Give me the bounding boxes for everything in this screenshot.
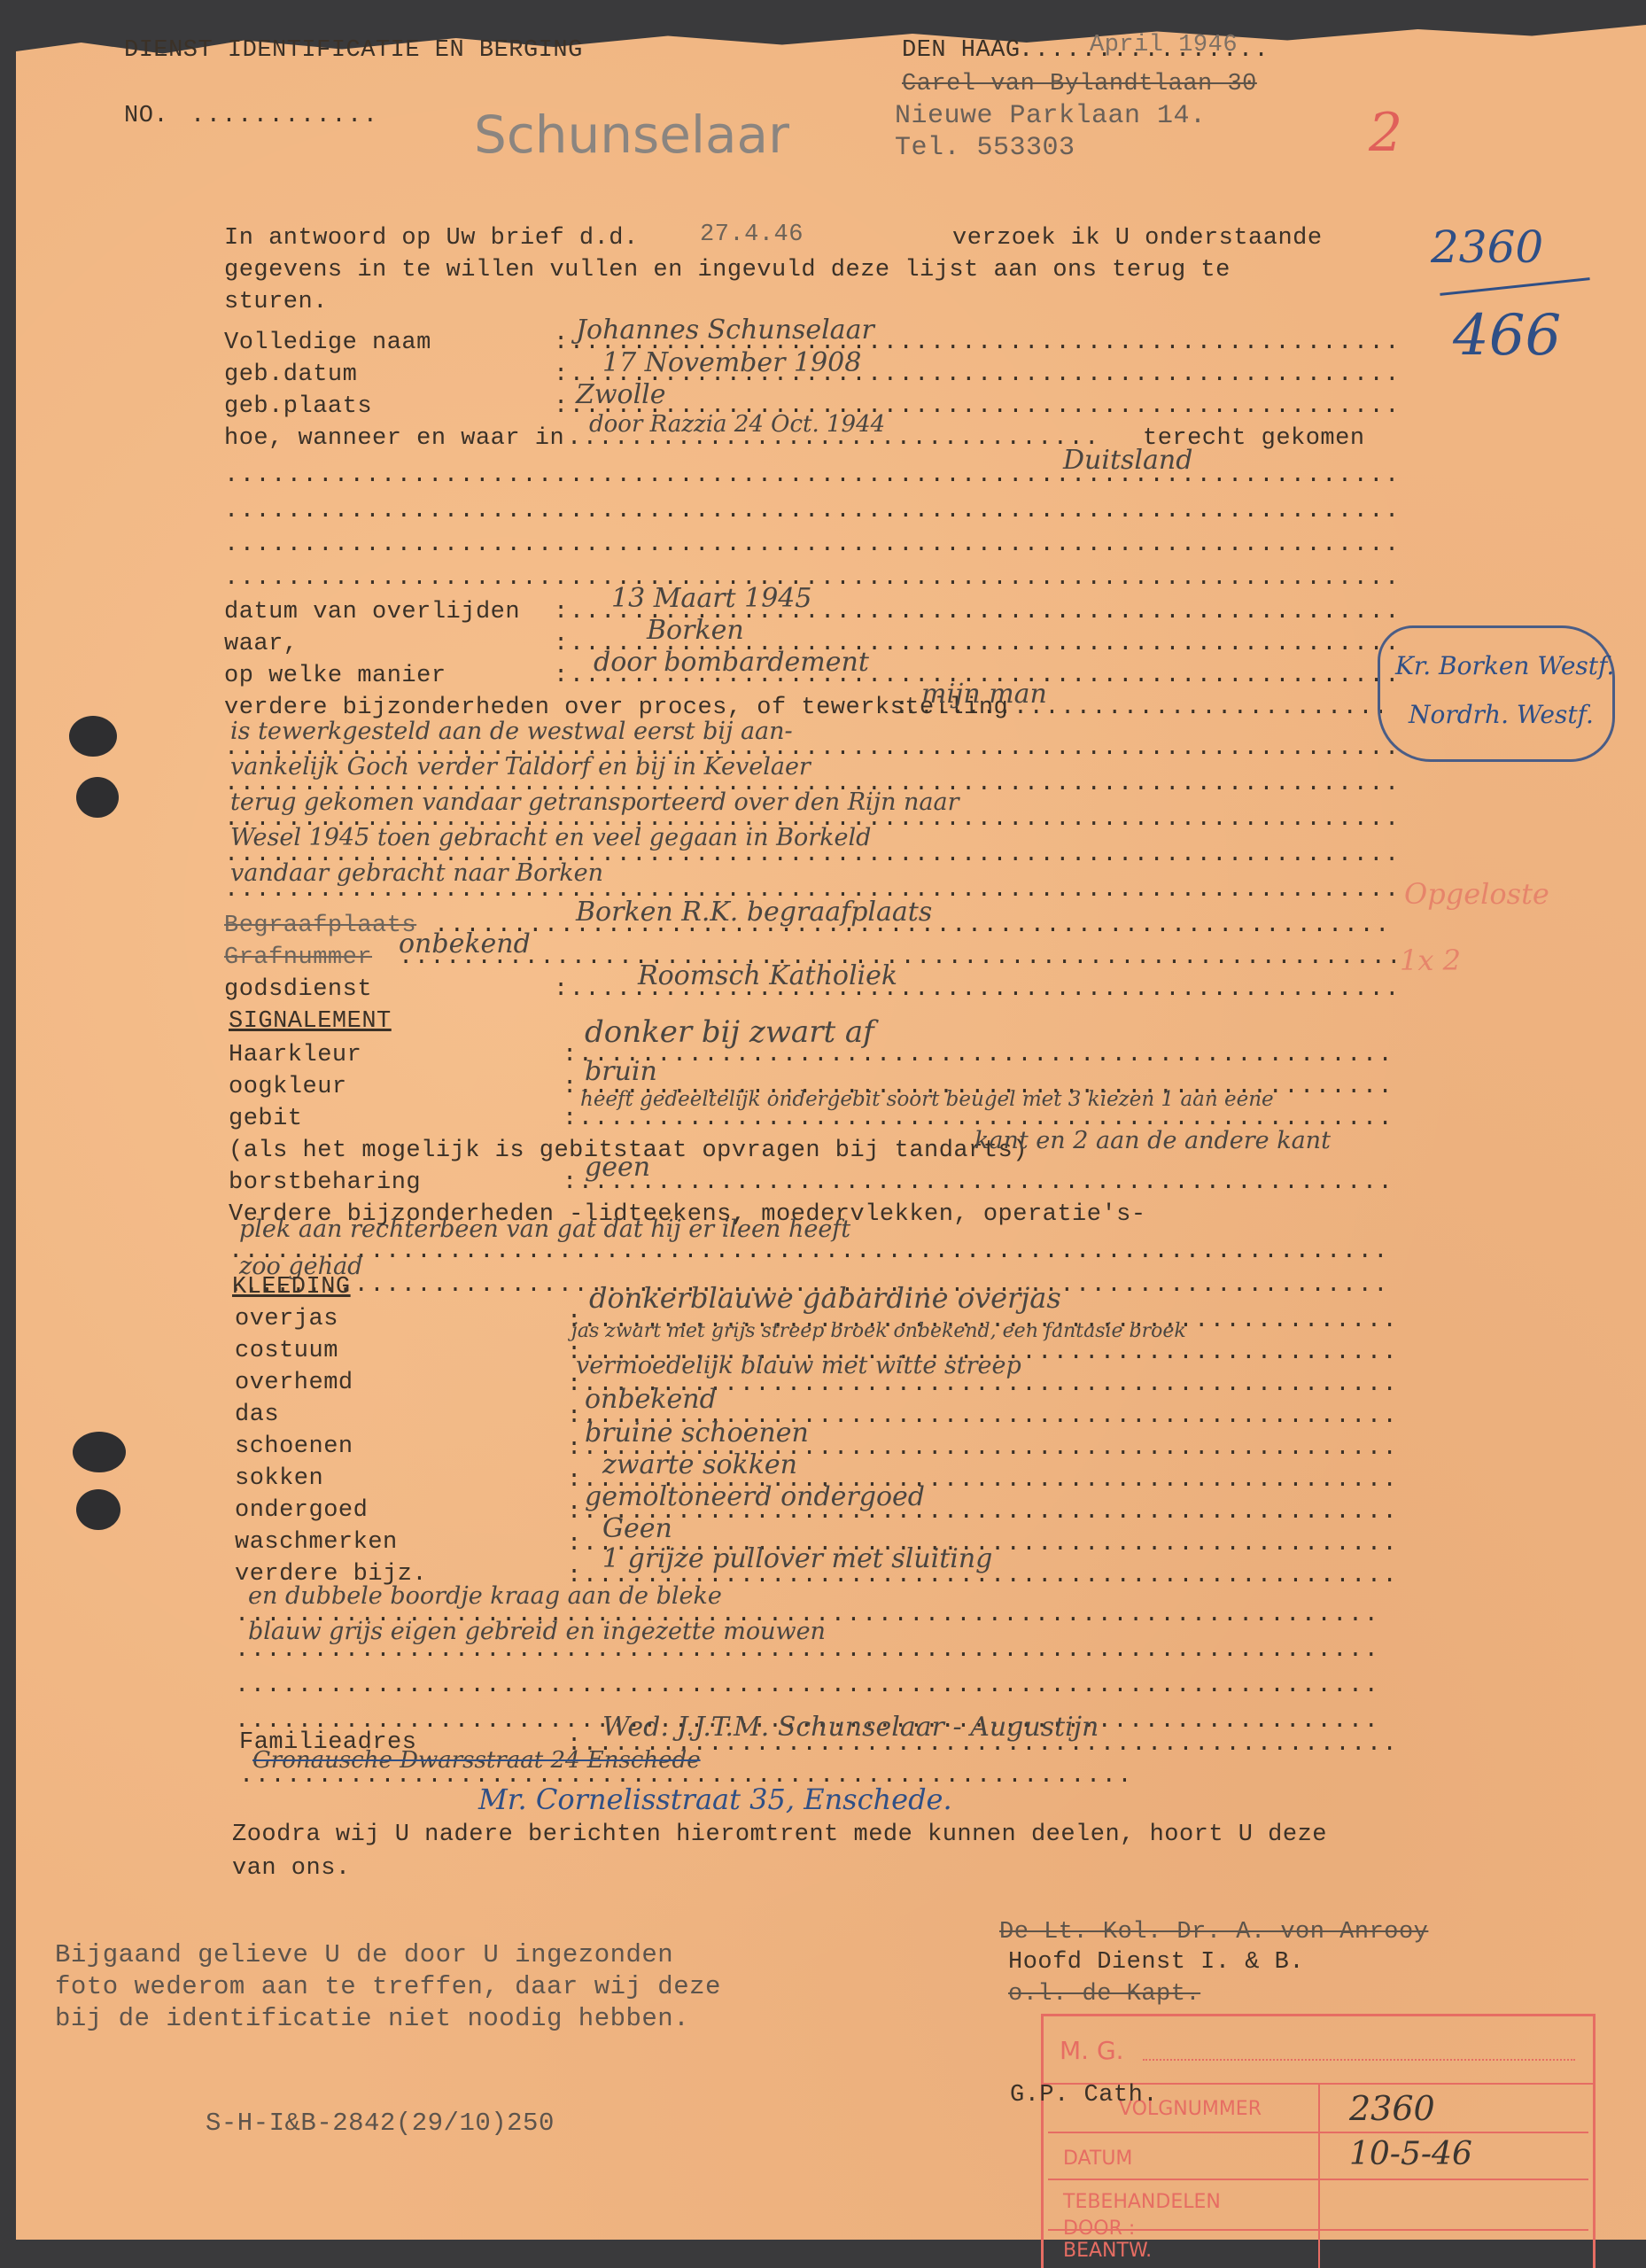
location-note-line-2: Nordrh. Westf. [1409,700,1594,729]
field-value-tie[interactable]: onbekend [585,1384,717,1415]
margin-number-bottom: 466 [1453,303,1561,369]
further-details-line-5[interactable]: vandaar gebracht naar Borken [230,859,603,887]
field-value-socks[interactable]: zwarte sokken [602,1449,797,1480]
family-address-struck: Gronausche Dwarsstraat 24 Enschede [252,1747,701,1774]
field-value-other-details[interactable]: 1 grijze pullover met sluiting [602,1543,992,1574]
field-value-hair-color[interactable]: donker bij zwart af [585,1014,874,1050]
field-label-religion: godsdienst [224,976,372,1003]
field-value-full-name[interactable]: Johannes Schunselaar [576,315,874,346]
address: Nieuwe Parklaan 14. [895,101,1207,131]
field-label-eye-color: oogkleur [229,1074,347,1100]
location-note-bubble [1378,625,1615,762]
punch-hole [76,1489,120,1530]
intro-line-1-prefix: In antwoord op Uw brief d.d. [224,225,639,252]
field-value-family-name[interactable]: Wed. J.J.T.M. Schunselaar - Augustijn [602,1712,1099,1743]
other-details-line-2[interactable]: blauw grijs eigen gebreid en ingezette m… [248,1618,826,1645]
field-label-teeth: gebit [229,1106,303,1132]
old-address-struck: Carel van Bylandtlaan 30 [902,71,1257,97]
field-value-suit[interactable]: jas zwart met grijs streep broek onbeken… [571,1320,1186,1342]
field-value-manner[interactable]: door bombardement [594,647,869,678]
section-heading-signalement: SIGNALEMENT [229,1008,392,1035]
field-label-tie: das [235,1402,279,1428]
field-line: ........................................… [224,532,1394,558]
field-value-how-when-where[interactable]: door Razzia 24 Oct. 1944 [589,411,885,438]
stamp-column-divider [1318,2083,1320,2268]
field-value-chest-hair[interactable]: geen [585,1152,650,1183]
letter-date: April 1946 [1090,32,1238,58]
field-label-date-of-death: datum van overlijden [224,599,520,625]
city-label: DEN HAAG [902,37,1021,64]
signature-typed-name: G.P. Cath. [1010,2082,1158,2109]
closing-line-1: Zoodra wij U nadere berichten hieromtren… [232,1821,1327,1848]
field-value-religion[interactable]: Roomsch Katholiek [638,960,897,991]
intro-line-3: sturen. [224,289,328,315]
field-value-date-of-death[interactable]: 13 Maart 1945 [611,583,811,614]
field-label-manner: op welke manier [224,663,446,689]
punch-hole [76,777,119,818]
red-mark: 2 [1369,102,1402,164]
subject-name-pencil: Schunselaar [474,105,789,165]
further-details-line-1[interactable]: is tewerkgesteld aan de westwal eerst bi… [230,718,793,745]
footer-note-line-2: foto wederom aan te treffen, daar wij de… [55,1972,721,2001]
signature-struck-role: o.l. de Kapt. [1008,1981,1200,2008]
red-margin-note-1: Opgeloste [1404,877,1549,911]
field-value-overcoat[interactable]: donkerblauwe gabardine overjas [589,1281,1061,1315]
number-label: NO. [124,103,168,129]
field-label-overcoat: overjas [235,1306,338,1332]
field-label-how-when-where: hoe, wanneer en waar in [224,425,564,452]
stamp-label-handled-by: TEBEHANDELEN DOOR : [1063,2189,1240,2242]
field-value-burial-place[interactable]: Borken R.K. begraafplaats [576,897,932,928]
field-label-underwear: ondergoed [235,1497,368,1524]
punch-hole [73,1432,126,1472]
punch-hole [69,716,117,757]
intro-letter-date: 27.4.46 [700,221,804,248]
further-details-line-2[interactable]: vankelijk Goch verder Taldorf en bij in … [230,753,811,781]
field-value-shoes[interactable]: bruine schoenen [585,1417,809,1449]
field-value-laundry-marks[interactable]: Geen [602,1513,672,1544]
field-label-birth-date: geb.datum [224,361,357,388]
signature-title: Hoofd Dienst I. & B. [1008,1949,1304,1976]
field-label-hair-color: Haarkleur [229,1042,361,1068]
field-label-socks: sokken [235,1465,323,1492]
field-value-eye-color[interactable]: bruin [585,1056,657,1087]
phone: Tel. 553303 [895,133,1075,163]
form-code: S-H-I&B-2842(29/10)250 [206,2109,555,2138]
footer-note-line-3: bij de identificatie niet noodig hebben. [55,2004,689,2033]
field-label-chest-hair: borstbeharing [229,1169,421,1196]
stamp-label-answered: BEANTW. [1063,2240,1152,2262]
section-heading-clothing: KLEEDING [232,1274,351,1301]
field-label-suit: costuum [235,1338,338,1364]
family-address-new[interactable]: Mr. Cornelisstraat 35, Enschede. [478,1783,952,1816]
field-label-laundry-marks: waschmerken [235,1529,398,1556]
footer-note-line-1: Bijgaand gelieve U de door U ingezonden [55,1940,673,1969]
registration-stamp: M. G. VOLGNUMMER 2360 DATUM 10-5-46 TEBE… [1041,2014,1596,2268]
field-value-birth-place[interactable]: Zwolle [576,379,666,410]
field-value-further-details[interactable]: mijn man [921,679,1047,710]
further-details-line-4[interactable]: Wesel 1945 toen gebracht en veel gegaan … [230,824,871,851]
organization-title: DIENST IDENTIFICATIE EN BERGING [124,37,583,64]
field-label-where: waar, [224,631,299,657]
field-label-full-name: Volledige naam [224,330,431,356]
red-margin-note-2: 1x 2 [1400,944,1461,977]
field-value-birth-date[interactable]: 17 November 1908 [602,347,861,378]
field-value-teeth-continuation[interactable]: kant en 2 aan de andere kant [974,1127,1331,1154]
field-line: :.......................................… [563,1169,1395,1196]
number-field: ............... [190,103,377,129]
stamp-value-date[interactable]: 10-5-46 [1349,2136,1472,2172]
location-note-line-1: Kr. Borken Westf. [1395,651,1614,680]
stamp-divider [1048,2132,1588,2133]
field-value-underwear[interactable]: gemoltoneerd ondergoed [585,1481,925,1512]
field-value-country[interactable]: Duitsland [1063,445,1192,476]
intro-line-2: gegevens in te willen vullen en ingevuld… [224,257,1231,283]
field-value-where[interactable]: Borken [647,615,744,646]
field-label-grave-number: Grafnummer [224,944,372,971]
stamp-divider [1048,2229,1588,2231]
field-label-burial-place: Begraafplaats [224,913,416,939]
field-value-grave-number[interactable]: onbekend [399,928,531,959]
field-label-birth-place: geb.plaats [224,393,372,420]
field-line: ........................................… [235,1673,1395,1699]
margin-number-top: 2360 [1431,221,1543,273]
stamp-mg-label: M. G. [1060,2036,1124,2065]
stamp-label-date: DATUM [1063,2148,1132,2170]
intro-line-1-suffix: verzoek ik U onderstaande [952,225,1323,252]
distinguishing-marks-line-1[interactable]: plek aan rechterbeen van gat dat hij er … [239,1216,850,1243]
signature-struck-name: De Lt. Kol. Dr. A. von Anrooy [999,1919,1428,1946]
field-label-shirt: overhemd [235,1370,353,1396]
field-line: ........................................… [224,462,1394,489]
field-value-teeth[interactable]: heeft gedeeltelijk ondergebit soort beug… [580,1088,1274,1111]
field-value-shirt[interactable]: vermoedelijk blauw met witte streep [576,1352,1021,1379]
stamp-mg-dotted-line [1143,2059,1575,2061]
field-label-shoes: schoenen [235,1433,353,1460]
closing-line-2: van ons. [232,1855,351,1882]
other-details-line-1[interactable]: en dubbele boordje kraag aan de bleke [248,1582,722,1610]
further-details-line-3[interactable]: terug gekomen vandaar getransporteerd ov… [230,788,959,816]
stamp-value-serial[interactable]: 2360 [1349,2089,1435,2128]
stamp-divider [1048,2179,1588,2180]
field-line: ........................................… [224,498,1394,524]
